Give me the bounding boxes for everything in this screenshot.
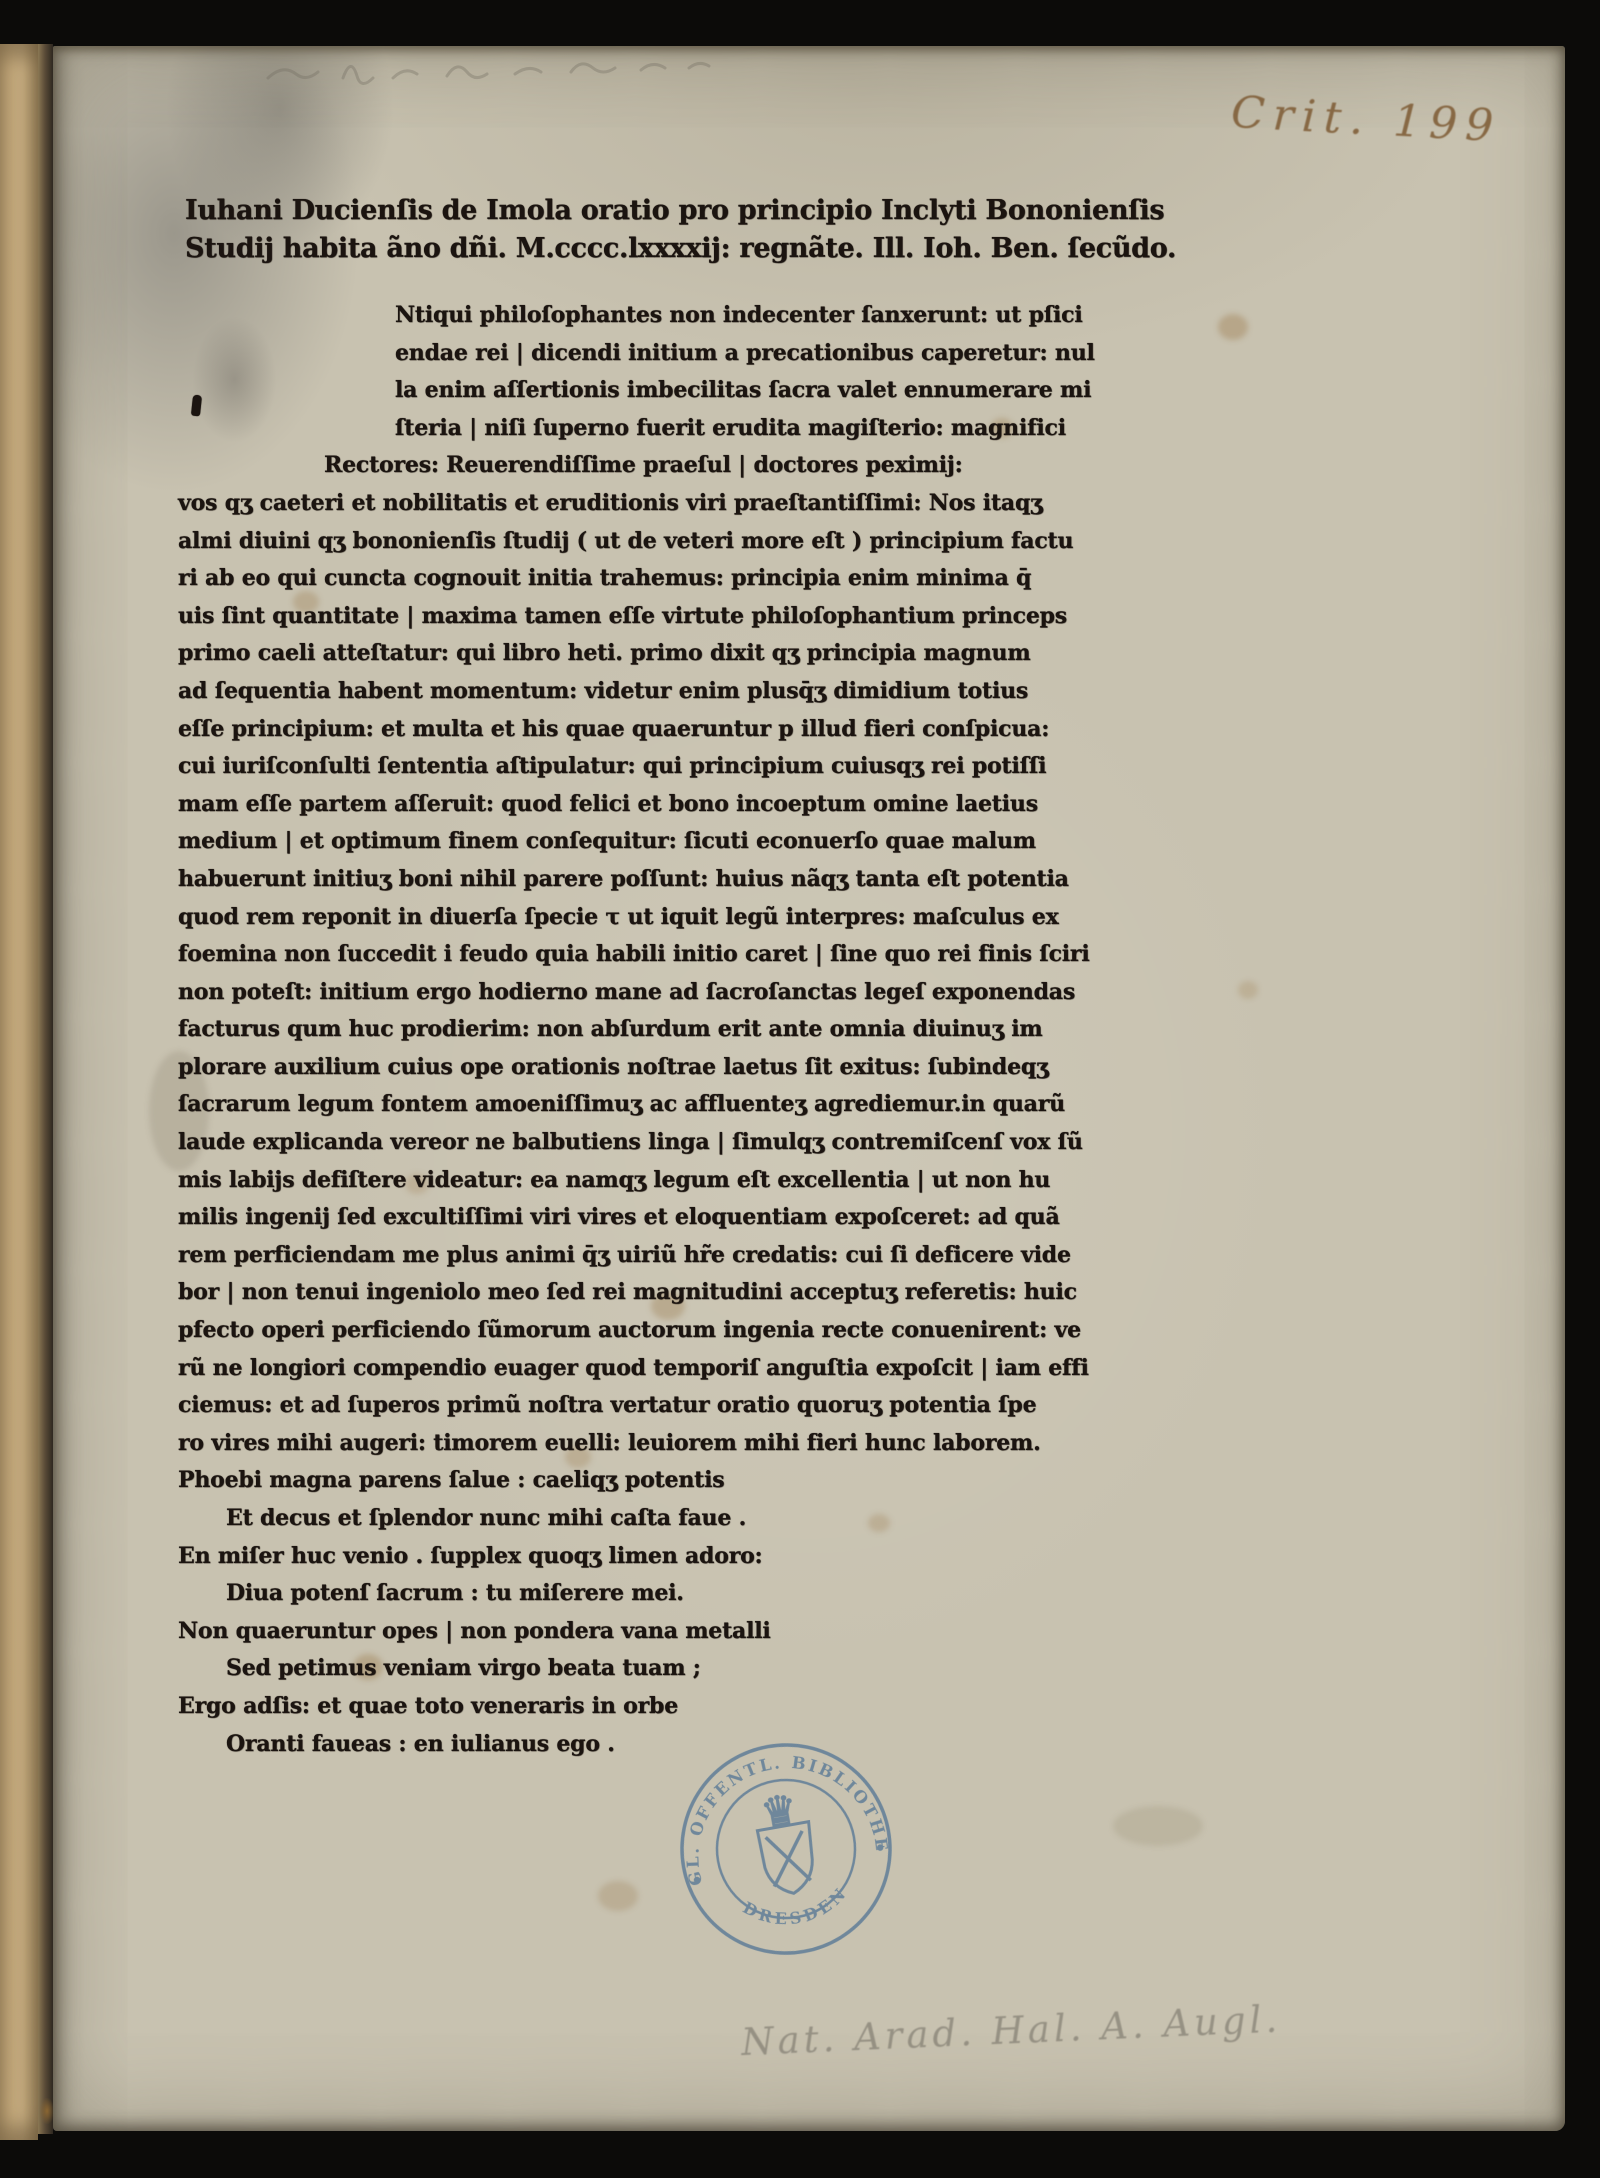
text-line: rũ ne longiori compendio euager quod tem… [178, 1350, 1193, 1388]
text-line: Diua potenſ ſacrum : tu miſerere mei. [178, 1575, 1193, 1613]
text-line: En miſer huc venio . ſupplex quoqʒ limen… [178, 1538, 1193, 1576]
text-line: endae rei | dicendi initium a precationi… [178, 335, 1193, 373]
gutter-seam [38, 44, 53, 2134]
text-line: cui iuriſconſulti ſententia aſtipulatur:… [178, 748, 1193, 786]
fox-spot [1218, 314, 1248, 340]
text-line: ſacrarum legum fontem amoeniſſimuʒ ac af… [178, 1086, 1193, 1124]
text-line: habuerunt initiuʒ boni nihil parere poſſ… [178, 861, 1193, 899]
text-line: ro vires mihi augeri: timorem euelli: le… [178, 1425, 1193, 1463]
library-stamp: ♛ KGL. OFFENTL. BIBLIOTHEK DRESDEN [653, 1716, 919, 1982]
text-line: ad ſequentia habent momentum: videtur en… [178, 673, 1193, 711]
title-block: Iuhani Ducienſis de Imola oratio pro pri… [185, 182, 1245, 257]
text-line: foemina non ſuccedit i feudo quia habili… [178, 936, 1193, 974]
stamp-crown-icon: ♛ [758, 1785, 801, 1838]
text-line: Rectores: Reuerendiſſime praeſul | docto… [178, 447, 1193, 485]
text-line: la enim aſſertionis imbecilitas ſacra va… [178, 372, 1193, 410]
text-line: Ergo adſis: et quae toto veneraris in or… [178, 1688, 1193, 1726]
stamp-arc-bottom-text: DRESDEN [737, 1880, 856, 1937]
shelfmark-note: Crit. 199 [1230, 87, 1492, 152]
text-line: non poteſt: initium ergo hodierno mane a… [178, 974, 1193, 1012]
fox-spot [598, 1881, 638, 1911]
text-line: medium | et optimum finem conſequitur: ſ… [178, 823, 1193, 861]
text-line: Non quaeruntur opes | non pondera vana m… [178, 1613, 1193, 1651]
text-line: eſſe principium: et multa et his quae qu… [178, 711, 1193, 749]
text-line: ri ab eo qui cuncta cognouit initia trah… [178, 560, 1193, 598]
text-line: vos qʒ caeteri et nobilitatis et eruditi… [178, 485, 1193, 523]
text-line: Ntiqui philoſophantes non indecenter ſan… [178, 297, 1193, 335]
text-line: mis labijs defiſtere videatur: ea namqʒ … [178, 1162, 1193, 1200]
text-line: Sed petimus veniam virgo beata tuam ; [178, 1650, 1193, 1688]
body-text: Ntiqui philoſophantes non indecenter ſan… [178, 297, 1193, 1763]
top-pencil-marks [258, 48, 728, 98]
text-line: rem perficiendam me plus animi q̄ʒ uiriũ… [178, 1237, 1193, 1275]
text-line: ciemus: et ad ſuperos primũ noſtra verta… [178, 1387, 1193, 1425]
text-line: uis ſint quantitate | maxima tamen eſſe … [178, 598, 1193, 636]
text-line: almi diuini qʒ bononienſis ſtudij ( ut d… [178, 523, 1193, 561]
text-line: bor | non tenui ingeniolo meo ſed rei ma… [178, 1274, 1193, 1312]
bottom-pencil-note: Nat. Arad. Hal. A. Augl. [740, 1995, 1341, 2064]
text-line: facturus qum huc prodierim: non abſurdum… [178, 1011, 1193, 1049]
text-line: plorare auxilium cuius ope orationis noſ… [178, 1049, 1193, 1087]
text-line: ſteria | niſi ſuperno fuerit erudita mag… [178, 410, 1193, 448]
text-line: mam eſſe partem aſſeruit: quod felici et… [178, 786, 1193, 824]
text-line: milis ingenij ſed excultiſſimi viri vire… [178, 1199, 1193, 1237]
text-line: laude explicanda vereor ne balbutiens li… [178, 1124, 1193, 1162]
text-line: primo caeli atteſtatur: qui libro heti. … [178, 635, 1193, 673]
text-line: quod rem reponit in diuerſa ſpecie τ ut … [178, 899, 1193, 937]
stain [1113, 1806, 1203, 1846]
seam-stain [40, 2098, 54, 2124]
scanned-page: Crit. 199 Iuhani Ducienſis de Imola orat… [53, 46, 1565, 2131]
title-line: Iuhani Ducienſis de Imola oratio pro pri… [185, 182, 1245, 220]
title-line: Studij habita ãno dñi. M.cccc.lxxxxij: r… [185, 220, 1245, 258]
text-line: Phoebi magna parens ſalue : caeliqʒ pote… [178, 1462, 1193, 1500]
book-fore-edge [0, 44, 38, 2140]
text-line: pfecto operi perficiendo ſũmorum auctoru… [178, 1312, 1193, 1350]
svg-text:DRESDEN: DRESDEN [737, 1880, 856, 1937]
text-line: Et decus et ſplendor nunc mihi caſta fau… [178, 1500, 1193, 1538]
fox-spot [1238, 981, 1258, 999]
